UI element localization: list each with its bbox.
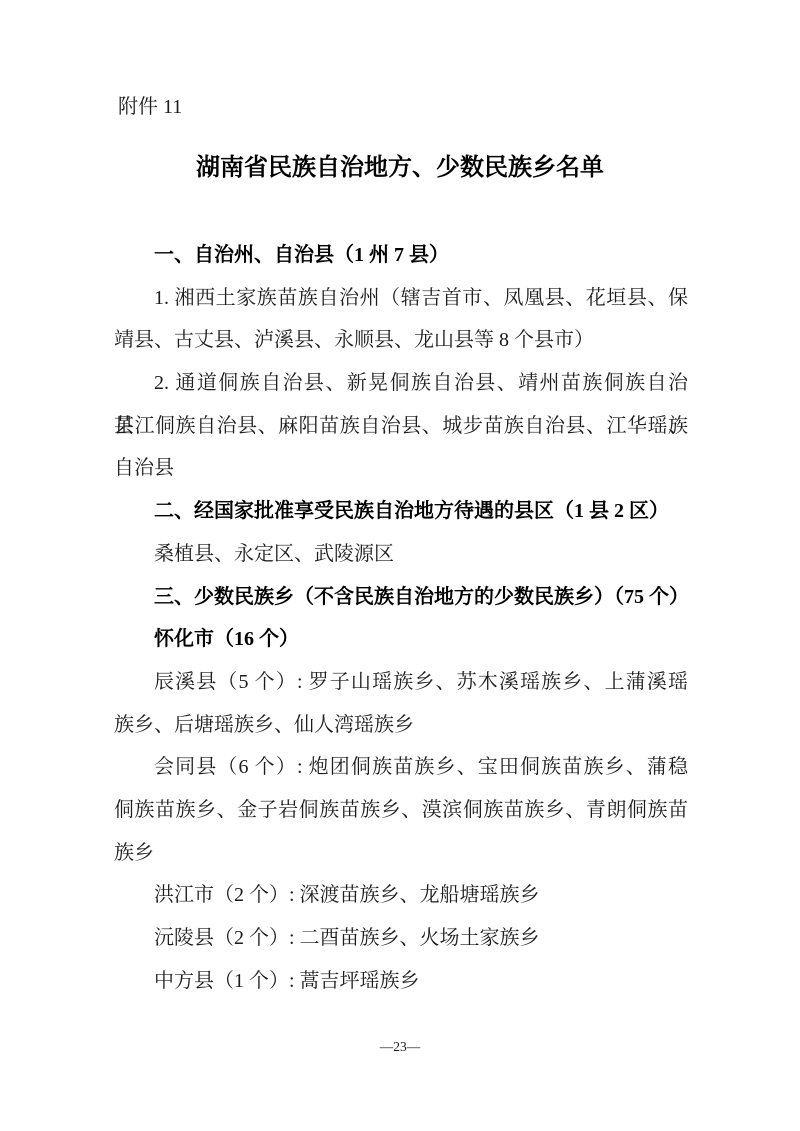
page-number: —23— xyxy=(0,1038,800,1056)
document-line: 族乡 xyxy=(114,832,688,875)
document-line: 怀化市（16 个） xyxy=(114,618,688,661)
document-line: 桑植县、永定区、武陵源区 xyxy=(114,533,688,576)
document-line: 洪江市（2 个）: 深渡苗族乡、龙船塘瑶族乡 xyxy=(114,874,688,917)
document-line: 2. 通道侗族自治县、新晃侗族自治县、靖州苗族侗族自治县、 xyxy=(114,362,688,405)
document-page: 附件 11 湖南省民族自治地方、少数民族乡名单 一、自治州、自治县（1 州 7 … xyxy=(0,0,800,1131)
document-line: 沅陵县（2 个）: 二酉苗族乡、火场土家族乡 xyxy=(114,917,688,960)
document-line: 自治县 xyxy=(114,447,688,490)
document-line: 1. 湘西土家族苗族自治州（辖吉首市、凤凰县、花垣县、保 xyxy=(114,277,688,320)
attachment-label: 附件 11 xyxy=(118,94,182,120)
document-title: 湖南省民族自治地方、少数民族乡名单 xyxy=(0,151,800,185)
document-body: 一、自治州、自治县（1 州 7 县）1. 湘西土家族苗族自治州（辖吉首市、凤凰县… xyxy=(114,234,688,1002)
document-line: 三、少数民族乡（不含民族自治地方的少数民族乡）（75 个） xyxy=(114,576,688,619)
document-line: 二、经国家批准享受民族自治地方待遇的县区（1 县 2 区） xyxy=(114,490,688,533)
document-line: 会同县（6 个）: 炮团侗族苗族乡、宝田侗族苗族乡、蒲稳 xyxy=(114,746,688,789)
document-line: 芷江侗族自治县、麻阳苗族自治县、城步苗族自治县、江华瑶族 xyxy=(114,405,688,448)
document-line: 一、自治州、自治县（1 州 7 县） xyxy=(114,234,688,277)
document-line: 辰溪县（5 个）: 罗子山瑶族乡、苏木溪瑶族乡、上蒲溪瑶 xyxy=(114,661,688,704)
document-line: 靖县、古丈县、泸溪县、永顺县、龙山县等 8 个县市） xyxy=(114,319,688,362)
document-line: 族乡、后塘瑶族乡、仙人湾瑶族乡 xyxy=(114,704,688,747)
document-line: 中方县（1 个）: 蒿吉坪瑶族乡 xyxy=(114,960,688,1003)
document-line: 侗族苗族乡、金子岩侗族苗族乡、漠滨侗族苗族乡、青朗侗族苗 xyxy=(114,789,688,832)
